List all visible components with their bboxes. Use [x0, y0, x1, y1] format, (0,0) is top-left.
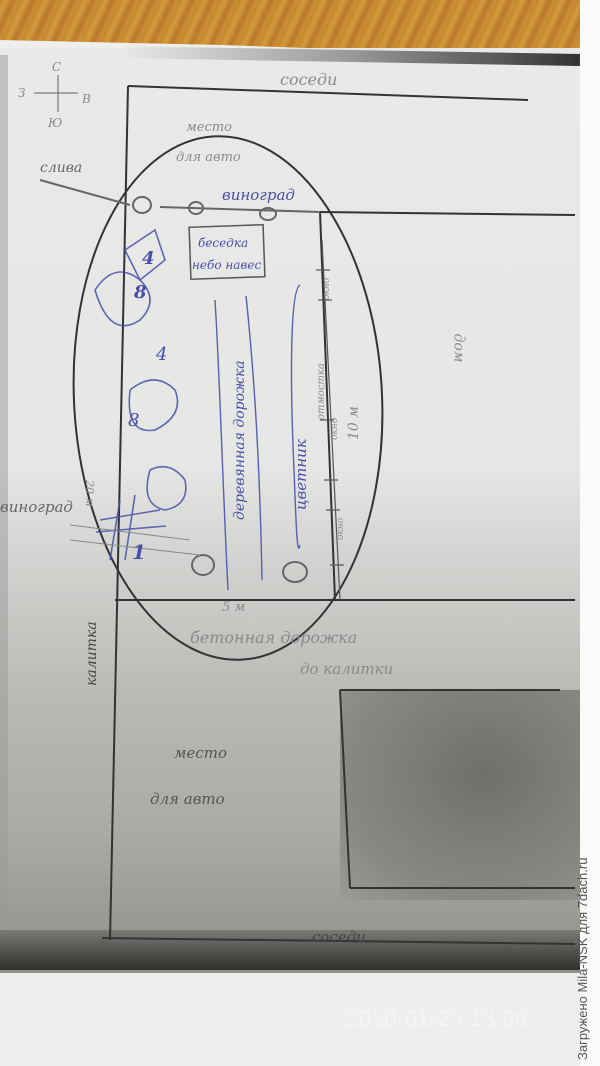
plant-number: 8: [134, 282, 147, 303]
plant-number: 8: [128, 410, 139, 431]
label-window-2: окно: [330, 418, 340, 440]
site-plan-drawing: [0, 0, 600, 1066]
label-window-3: окно: [336, 518, 346, 540]
label-blind-area: отмостка: [316, 363, 327, 420]
label-flowerbed: цветник: [292, 439, 310, 510]
label-parking-top-2: для авто: [176, 150, 241, 165]
label-parking-bottom-2: для авто: [150, 790, 225, 808]
label-wall-length: 10 м: [346, 406, 362, 440]
label-gazebo-1: беседка: [198, 236, 248, 250]
label-concrete-path-2: до калитки: [300, 660, 393, 678]
label-parking-bottom-1: место: [174, 744, 227, 762]
label-gate: калитка: [84, 621, 100, 686]
label-plum: слива: [40, 160, 82, 176]
label-concrete-path-1: бетонная дорожка: [190, 628, 357, 647]
label-grapes-top: виноград: [222, 186, 295, 204]
plant-number: 1: [132, 540, 146, 564]
compass-south: Ю: [48, 116, 62, 130]
plant-number: 4: [156, 344, 167, 365]
label-grapes-left: виноград: [0, 498, 73, 516]
label-neighbors-top: соседи: [280, 70, 337, 89]
photo-timestamp: 2020-01-29 13:06: [346, 1006, 528, 1032]
compass-east: В: [82, 92, 91, 106]
label-gazebo-2: небо навес: [192, 258, 261, 272]
label-house: дом: [450, 334, 466, 363]
house-top-wall: [320, 212, 575, 215]
upload-credit: Загружено Mila-NSK для 7dach.ru: [575, 858, 590, 1060]
label-width-5: 5 м: [222, 600, 245, 615]
compass-west: З: [18, 86, 25, 100]
plant-number: 4: [142, 248, 155, 269]
label-wooden-path: деревянная дорожка: [232, 360, 248, 520]
label-neighbors-bottom: соседи: [312, 928, 366, 946]
label-width-20: 20 м: [83, 480, 96, 507]
garage-left-wall: [340, 690, 350, 888]
label-parking-top-1: место: [186, 120, 232, 135]
compass-north: С: [52, 60, 61, 74]
label-window-1: окно: [322, 278, 332, 300]
